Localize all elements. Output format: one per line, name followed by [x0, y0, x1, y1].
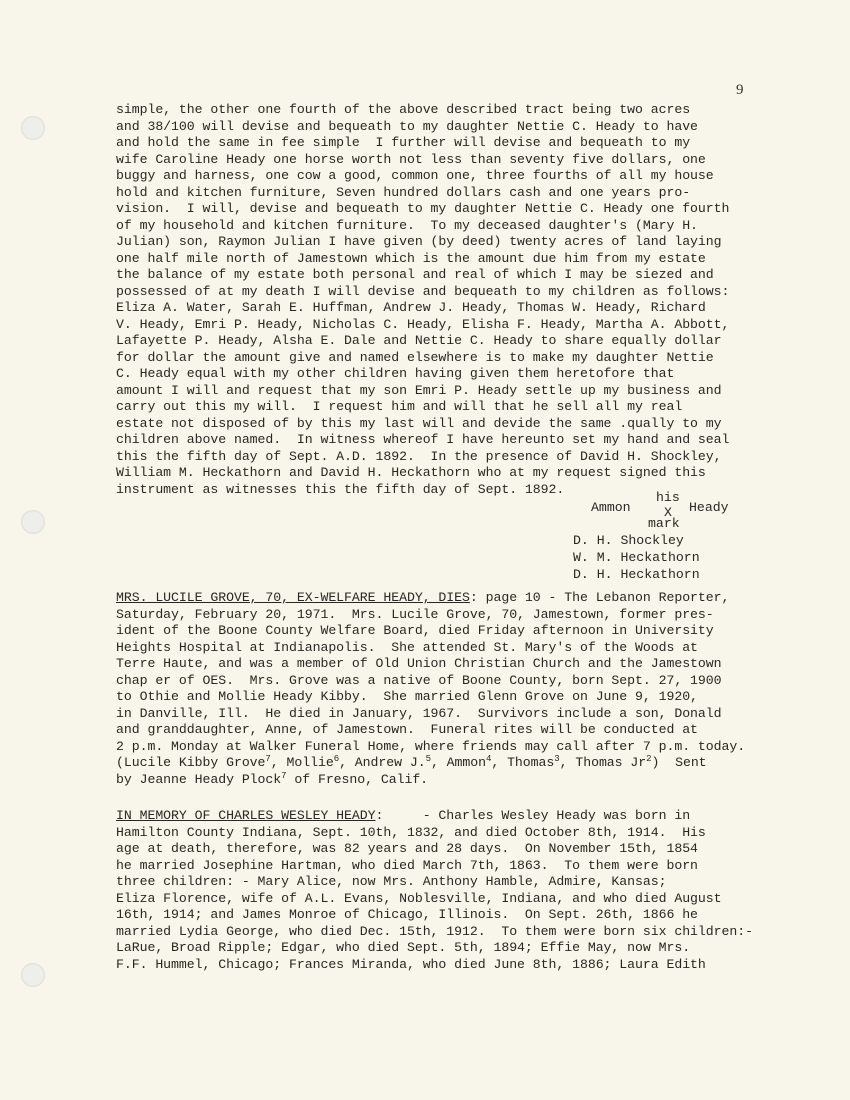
witness-2: W. M. Heckathorn — [573, 550, 700, 565]
text-line: age at death, therefore, was 82 years an… — [116, 841, 816, 858]
memorial-heading: IN MEMORY OF CHARLES WESLEY HEADY — [116, 808, 376, 823]
text-line: this the fifth day of Sept. A.D. 1892. I… — [116, 449, 816, 466]
text-line: V. Heady, Emri P. Heady, Nicholas C. Hea… — [116, 317, 816, 334]
text-line: children above named. In witness whereof… — [116, 432, 816, 449]
text-line: simple, the other one fourth of the abov… — [116, 102, 816, 119]
text-line: Julian) son, Raymon Julian I have given … — [116, 234, 816, 251]
text-line: to Othie and Mollie Heady Kibby. She mar… — [116, 689, 816, 706]
signature-last-name: Heady — [689, 500, 729, 515]
obituary-source: : page 10 - The Lebanon Reporter, — [470, 590, 730, 605]
text-line: for dollar the amount give and named els… — [116, 350, 816, 367]
obituary-section: MRS. LUCILE GROVE, 70, EX-WELFARE HEADY,… — [116, 590, 816, 788]
obituary-heading: MRS. LUCILE GROVE, 70, EX-WELFARE HEADY,… — [116, 590, 470, 605]
will-text: simple, the other one fourth of the abov… — [116, 102, 816, 498]
text-line: wife Caroline Heady one horse worth not … — [116, 152, 816, 169]
text-line: possessed of at my death I will devise a… — [116, 284, 816, 301]
page-number: 9 — [736, 82, 744, 99]
memorial-intro: : - Charles Wesley Heady was born in — [376, 808, 691, 823]
text-line: Lafayette P. Heady, Alsha E. Dale and Ne… — [116, 333, 816, 350]
text-line: F.F. Hummel, Chicago; Frances Miranda, w… — [116, 957, 816, 974]
text-line: ident of the Boone County Welfare Board,… — [116, 623, 816, 640]
text-line: carry out this my will. I request him an… — [116, 399, 816, 416]
document-page: 9 simple, the other one fourth of the ab… — [0, 0, 850, 1100]
text-line: he married Josephine Hartman, who died M… — [116, 858, 816, 875]
text-line: Terre Haute, and was a member of Old Uni… — [116, 656, 816, 673]
hole-punch-middle — [21, 510, 45, 534]
text-line: hold and kitchen furniture, Seven hundre… — [116, 185, 816, 202]
text-line: of my household and kitchen furniture. T… — [116, 218, 816, 235]
text-line: 16th, 1914; and James Monroe of Chicago,… — [116, 907, 816, 924]
memorial-section: IN MEMORY OF CHARLES WESLEY HEADY: - Cha… — [116, 808, 816, 973]
obituary-sender: by Jeanne Heady Plock7 of Fresno, Calif. — [116, 772, 816, 789]
witness-1: D. H. Shockley — [573, 533, 684, 548]
text-line: LaRue, Broad Ripple; Edgar, who died Sep… — [116, 940, 816, 957]
hole-punch-bottom — [21, 963, 45, 987]
text-line: amount I will and request that my son Em… — [116, 383, 816, 400]
text-line: Eliza Florence, wife of A.L. Evans, Nobl… — [116, 891, 816, 908]
signature-his: his — [656, 490, 680, 505]
obituary-heading-line: MRS. LUCILE GROVE, 70, EX-WELFARE HEADY,… — [116, 590, 816, 607]
text-line: C. Heady equal with my other children ha… — [116, 366, 816, 383]
witness-3: D. H. Heckathorn — [573, 567, 700, 582]
signature-mark-label: mark — [648, 516, 680, 531]
hole-punch-top — [21, 116, 45, 140]
text-line: married Lydia George, who died Dec. 15th… — [116, 924, 816, 941]
text-line: instrument as witnesses this the fifth d… — [116, 482, 816, 499]
text-line: in Danville, Ill. He died in January, 19… — [116, 706, 816, 723]
text-line: the balance of my estate both personal a… — [116, 267, 816, 284]
text-line: and granddaughter, Anne, of Jamestown. F… — [116, 722, 816, 739]
text-line: chap er of OES. Mrs. Grove was a native … — [116, 673, 816, 690]
text-line: Eliza A. Water, Sarah E. Huffman, Andrew… — [116, 300, 816, 317]
text-line: and hold the same in fee simple I furthe… — [116, 135, 816, 152]
text-line: William M. Heckathorn and David H. Hecka… — [116, 465, 816, 482]
text-line: one half mile north of Jamestown which i… — [116, 251, 816, 268]
text-line: 2 p.m. Monday at Walker Funeral Home, wh… — [116, 739, 816, 756]
text-line: buggy and harness, one cow a good, commo… — [116, 168, 816, 185]
text-line: Saturday, February 20, 1971. Mrs. Lucile… — [116, 607, 816, 624]
text-line: Heights Hospital at Indianapolis. She at… — [116, 640, 816, 657]
obituary-lineage: (Lucile Kibby Grove7, Mollie6, Andrew J.… — [116, 755, 816, 772]
memorial-body: Hamilton County Indiana, Sept. 10th, 183… — [116, 825, 816, 974]
text-line: and 38/100 will devise and bequeath to m… — [116, 119, 816, 136]
text-line: three children: - Mary Alice, now Mrs. A… — [116, 874, 816, 891]
text-line: Hamilton County Indiana, Sept. 10th, 183… — [116, 825, 816, 842]
text-line: vision. I will, devise and bequeath to m… — [116, 201, 816, 218]
obituary-body: Saturday, February 20, 1971. Mrs. Lucile… — [116, 607, 816, 756]
memorial-heading-line: IN MEMORY OF CHARLES WESLEY HEADY: - Cha… — [116, 808, 816, 825]
signature-first-name: Ammon — [591, 500, 631, 515]
text-line: estate not disposed of by this my last w… — [116, 416, 816, 433]
